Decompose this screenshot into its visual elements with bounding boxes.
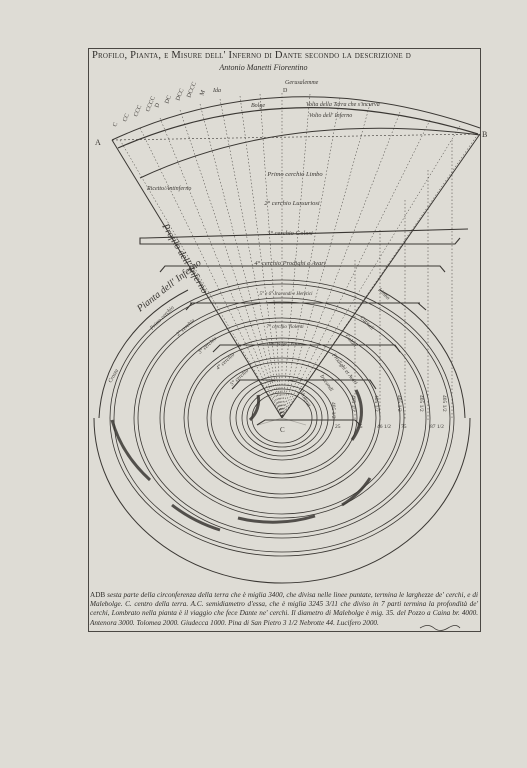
label-refuge: Ricetto/Antinferno [146,185,191,192]
mile-label: DC [164,95,173,105]
point-b: B [482,130,487,139]
measure-label: 405 1/2 [350,395,356,412]
measure-label: 405 1/2 [441,395,447,412]
label-ida: Ida [212,88,221,94]
radius-mark: 75 [401,424,407,430]
measure-label: 405 1/2 [330,402,336,419]
ring-label: 4° cerchio [215,351,237,371]
mile-label: CCC [133,104,143,117]
radius-mark: 87 1/2 [430,424,444,430]
measure-label: 405 1/2 [418,395,424,412]
radius-mark: 25 [335,424,341,430]
label-vault-hell: Volto dell' Inferno [309,112,352,119]
level-label: 2° cerchio Lussuriosi [264,200,320,207]
mile-label: M [199,89,207,97]
caption-lead: ADB [90,591,105,599]
radius-mark: 46 1/2 [377,424,391,430]
caption-text: sesta parte della circonferenza della te… [90,591,478,627]
label-vault-earth: Volta della Terra che s'incurva [306,102,380,108]
label-jerusalem: Gerusalemme [285,80,319,86]
level-label: Primo cerchio Limbo [266,171,323,178]
ring-label: Limbo [376,286,391,301]
level-label: 3° cerchio Golosi [266,230,313,237]
mile-label: CC [122,113,131,123]
measure-label: 405 1/2 [373,395,379,412]
radius-mark: 35 [357,424,363,430]
mile-label: C [112,122,119,128]
point-a: A [95,138,101,147]
caption: ADB sesta parte della circonferenza dell… [90,591,478,628]
ring-label: 5° cerchio [229,367,251,387]
mile-label: DCC [175,88,185,102]
mile-label: DCCC [186,81,198,98]
center-point-c: C [280,426,285,434]
mile-label: D [154,102,161,109]
ring-label: Primo cerchio [148,305,175,332]
inferno-diagram: Gerusalemme Ida A B D Volta della Terra … [0,0,527,768]
ring-label: Golosi [343,333,357,348]
ring-label: Violenti [298,390,312,408]
ring-label: 2° cerchio [175,317,197,337]
ring-label: 3° cerchio [196,335,218,356]
plan-section: Pianta dell' Inferno Crosta Primo cerchi… [94,258,470,631]
point-d: D [283,88,288,94]
level-label: 4° cerchio Prodighi e Avari [254,260,326,267]
label-bolge: Bolge [251,103,265,109]
measure-label: 405 1/2 [396,395,402,412]
